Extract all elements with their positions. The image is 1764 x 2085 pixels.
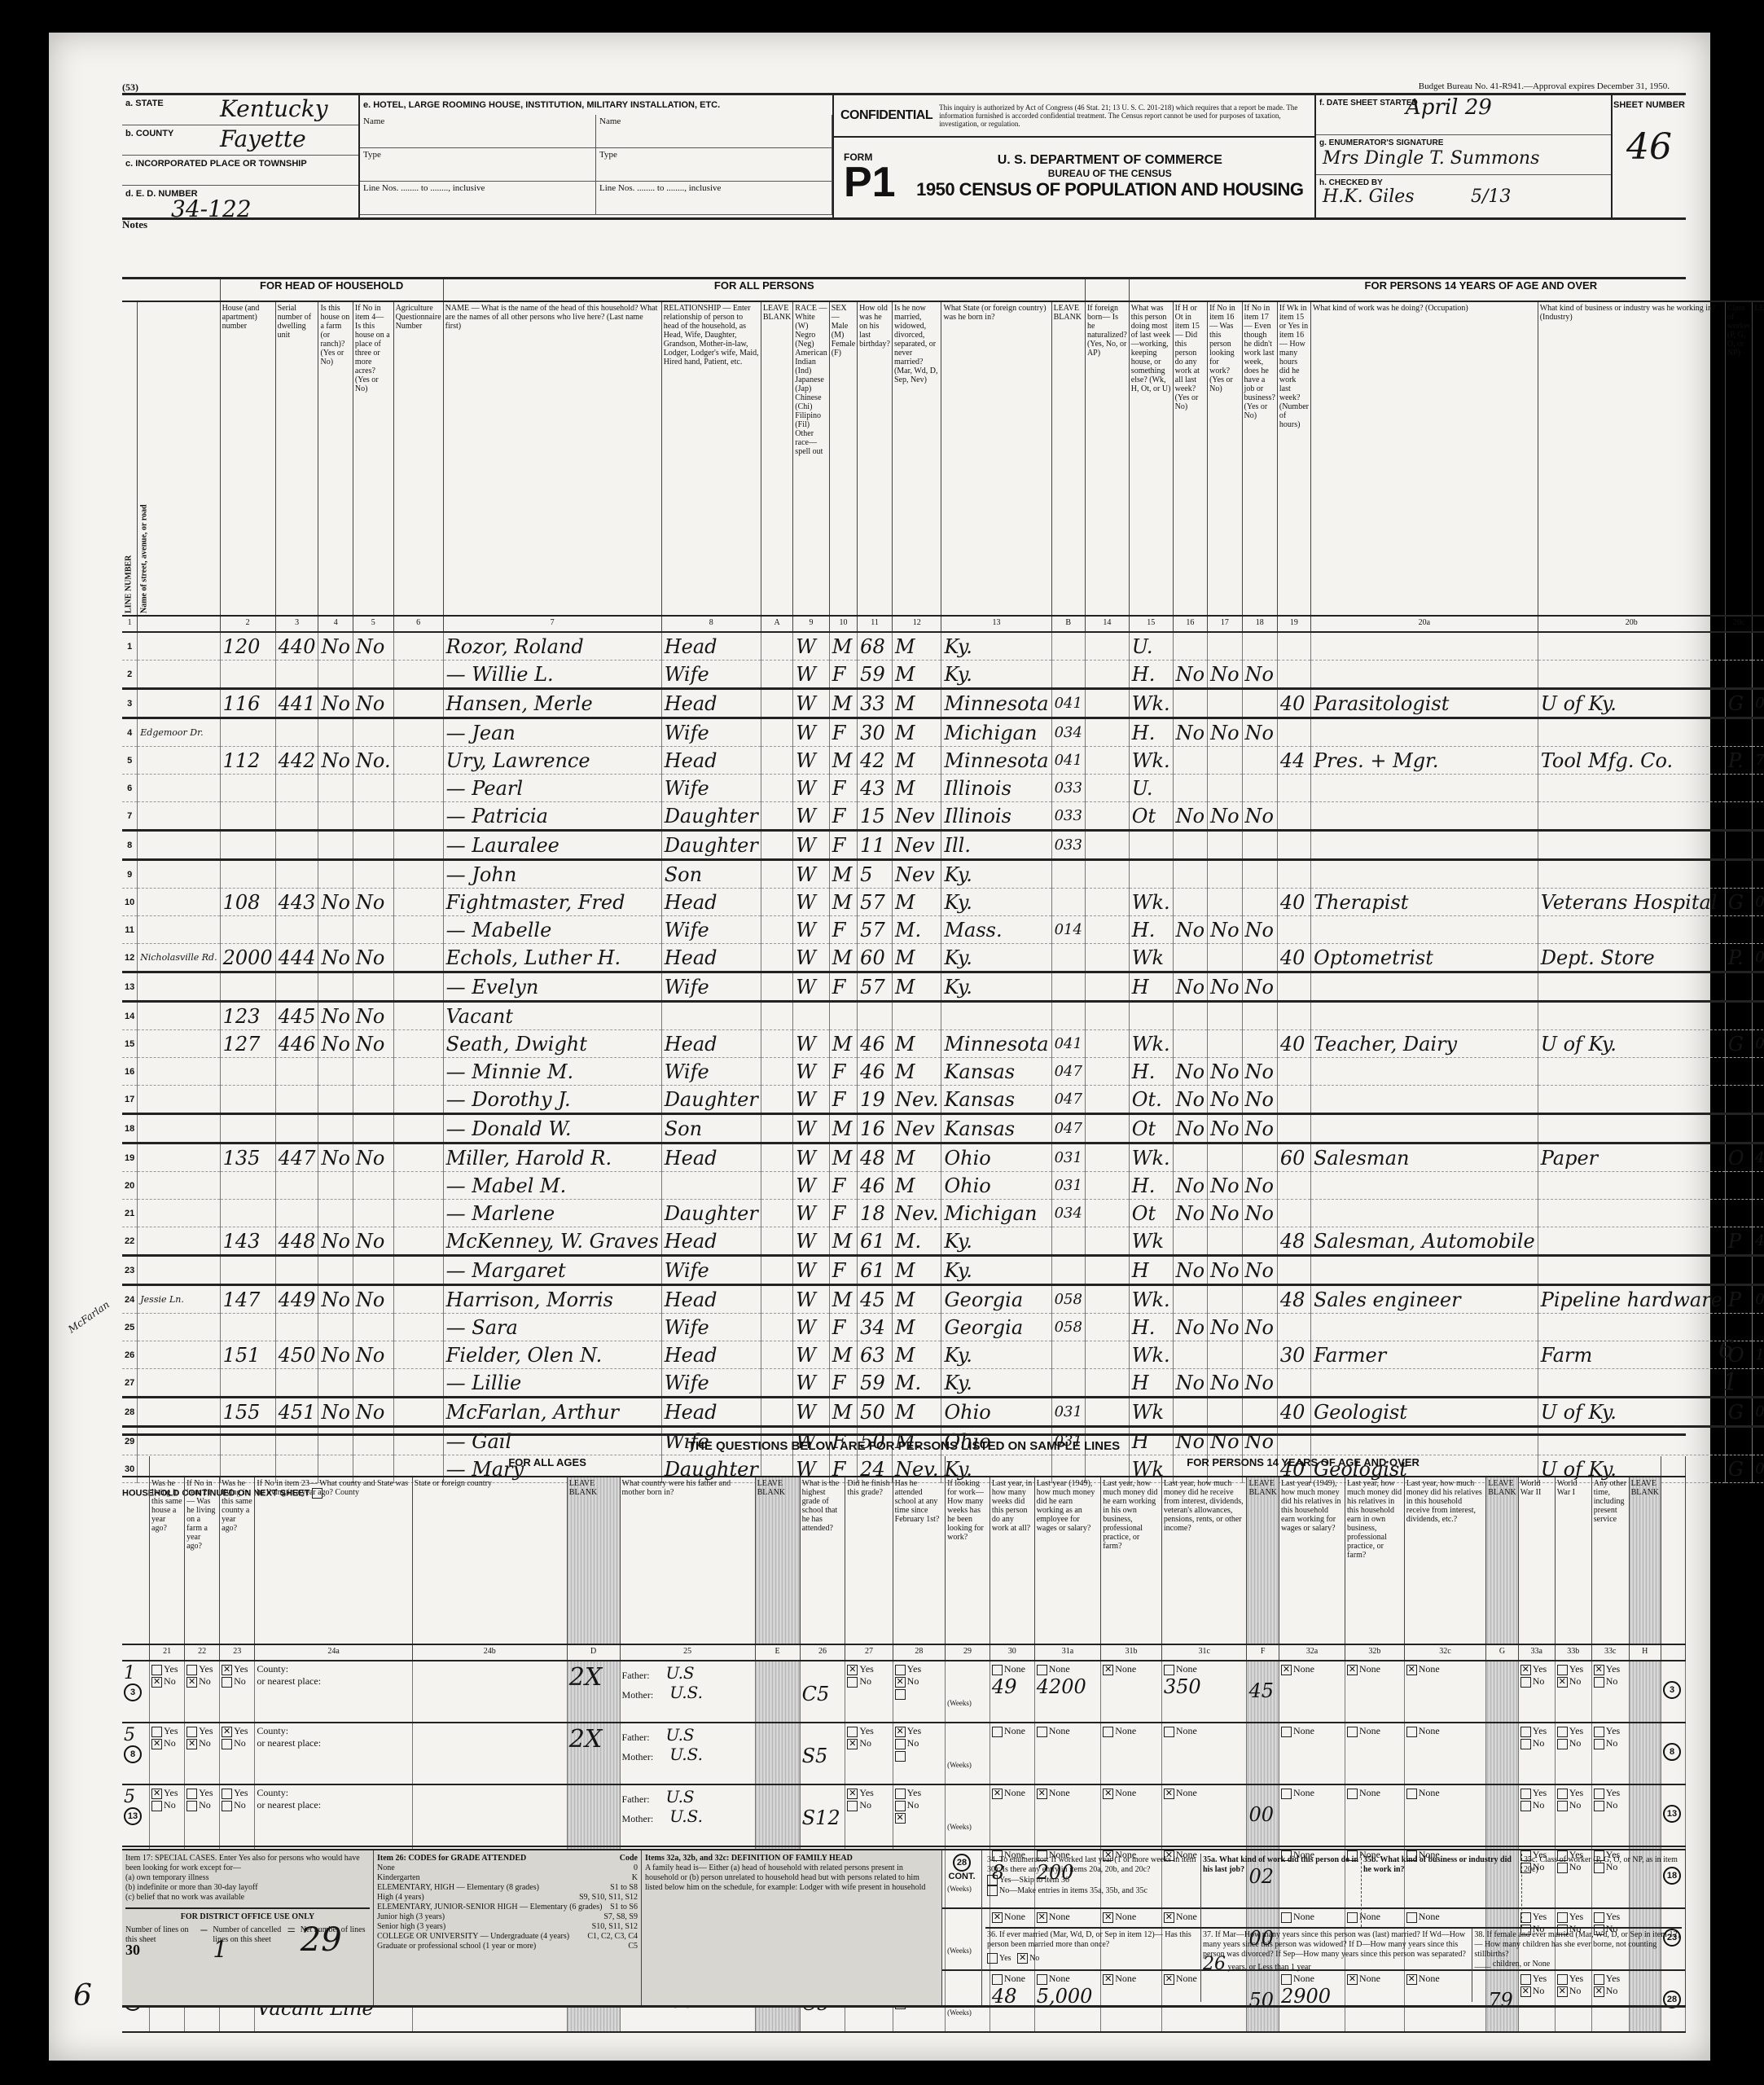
cell-dwelling: 440	[275, 632, 318, 661]
cell-q33b: YesNo	[1555, 1723, 1591, 1784]
checkbox-yes[interactable]	[895, 1665, 906, 1675]
none-checkbox[interactable]	[1406, 1727, 1417, 1737]
checkbox-yes[interactable]	[186, 1789, 197, 1799]
none-checkbox[interactable]	[1164, 1665, 1174, 1675]
cell-occ: Sales engineer	[1310, 1285, 1538, 1314]
cell-w16: No	[1173, 916, 1207, 944]
blank-cell	[761, 1285, 792, 1314]
cell-w16	[1173, 831, 1207, 860]
enumerator-signature: Mrs Dingle T. Summons	[1323, 148, 1539, 169]
checkbox-no[interactable]	[1594, 1801, 1604, 1811]
checkbox-no[interactable]: ✕	[186, 1677, 197, 1688]
cell-q32b: None	[1345, 1723, 1404, 1784]
cell-birth: Minnesota	[941, 747, 1051, 775]
grade-code-value: S10, S11, S12	[592, 1922, 638, 1932]
column-number: 6	[393, 616, 443, 632]
q35a-text: 35a. What kind of work did this person d…	[1201, 1854, 1362, 1927]
none-checkbox[interactable]: ✕	[1103, 1665, 1113, 1675]
blank-cell	[761, 747, 792, 775]
cell-w16	[1173, 1002, 1207, 1030]
cell-b	[1051, 972, 1085, 1002]
cell-nat	[1085, 1086, 1129, 1114]
cell-mar: M	[892, 1058, 941, 1086]
checkbox-yes[interactable]: ✕	[222, 1665, 232, 1675]
none-label: None	[1176, 1787, 1197, 1798]
none-checkbox[interactable]	[992, 1727, 1003, 1737]
table-row: 16— Minnie M.WifeWF46MKansas047H.NoNoNo1…	[122, 1058, 1764, 1086]
checkbox-no[interactable]	[186, 1801, 197, 1811]
cell-cls	[1725, 775, 1752, 802]
cell-acres	[353, 972, 393, 1002]
cell-w16	[1173, 1143, 1207, 1172]
checkbox-label: No	[164, 1737, 176, 1749]
checkbox-label: Yes	[1606, 1725, 1620, 1736]
column-number: 16	[1173, 616, 1207, 632]
cell-dwelling: 444	[275, 944, 318, 972]
checkbox-no[interactable]	[1557, 1739, 1568, 1749]
cell-w16: No	[1173, 1256, 1207, 1285]
sample-column-number: 32a	[1279, 1644, 1345, 1661]
none-checkbox[interactable]: ✕	[1037, 1789, 1047, 1799]
blank-cell	[761, 661, 792, 689]
none-checkbox[interactable]	[1347, 1727, 1358, 1737]
line-number: 20	[122, 1172, 138, 1200]
cell-q31b: ✕None	[1101, 1661, 1162, 1723]
cell-w18: No	[1242, 1369, 1277, 1398]
cell-race: W	[793, 689, 829, 718]
checkbox-yes[interactable]: ✕	[895, 1727, 906, 1737]
checkbox-label: No	[1606, 1799, 1618, 1811]
checkbox-no[interactable]: ✕	[895, 1677, 906, 1688]
cell-cls	[1725, 916, 1752, 944]
cell-dwelling	[275, 972, 318, 1002]
checkbox-no[interactable]: ✕	[186, 1739, 197, 1749]
column-header: Agriculture Questionnaire Number	[393, 301, 443, 616]
checkbox-yes[interactable]	[895, 1789, 906, 1799]
cell-rel: Son	[661, 860, 761, 889]
cell-occ: Pres. + Mgr.	[1310, 747, 1538, 775]
cell-w16: No	[1173, 718, 1207, 747]
checkbox-no[interactable]	[847, 1677, 858, 1688]
cell-act: H.	[1129, 718, 1173, 747]
checkbox-no[interactable]	[222, 1677, 232, 1688]
cell-name: — Patricia	[443, 802, 661, 831]
checkbox-yes[interactable]: ✕	[847, 1665, 858, 1675]
grade-code-value: C1, C2, C3, C4	[587, 1932, 638, 1942]
mother-label: Mother:	[622, 1813, 654, 1824]
cell-mar: M	[892, 1314, 941, 1341]
cell-birth: Ohio	[941, 1143, 1051, 1172]
none-checkbox[interactable]: ✕	[1164, 1789, 1174, 1799]
q34-yes-label: Yes—Skip to item 36	[999, 1876, 1069, 1885]
checkbox-no[interactable]: ✕	[1557, 1677, 1568, 1688]
checkbox-no[interactable]	[222, 1739, 232, 1749]
cell-w17	[1208, 889, 1242, 916]
sample-column-header: If looking for work— How many weeks has …	[946, 1477, 990, 1644]
none-checkbox[interactable]: ✕	[1347, 1665, 1358, 1675]
cell-b	[1051, 860, 1085, 889]
group-head-of-household: FOR HEAD OF HOUSEHOLD	[220, 279, 443, 301]
none-checkbox[interactable]	[1164, 1727, 1174, 1737]
cell-q23: ✕YesNo	[220, 1723, 255, 1784]
cell-dwelling: 445	[275, 1002, 318, 1030]
none-label: None	[1359, 1725, 1380, 1736]
cell-occ	[1310, 972, 1538, 1002]
cell-acres: No	[353, 1143, 393, 1172]
cell-q31c: None	[1161, 1723, 1247, 1784]
checkbox-yes[interactable]	[186, 1727, 197, 1737]
none-checkbox[interactable]	[1037, 1665, 1047, 1675]
blank-cell	[393, 1341, 443, 1369]
cell-sex: M	[829, 1114, 857, 1143]
sample-column-header: What country were his father and mother …	[620, 1477, 755, 1644]
q35b-text: 35b. What kind of business or industry d…	[1362, 1854, 1522, 1927]
cell-q33a: YesNo	[1518, 1784, 1555, 1846]
cell-street	[138, 972, 220, 1002]
cell-28: Yes✕No	[893, 1661, 946, 1723]
inst-type-1: Type	[360, 148, 595, 182]
cell-race: W	[793, 661, 829, 689]
cell-house	[220, 802, 275, 831]
line-number: 8	[122, 831, 138, 860]
cell-dwelling	[275, 661, 318, 689]
cell-nat	[1085, 1030, 1129, 1058]
cell-c: 097 869 2	[1753, 889, 1764, 916]
inst-type-2: Type	[596, 148, 832, 182]
cell-c: 063 888 2	[1753, 1455, 1764, 1483]
cell-w16: No	[1173, 1058, 1207, 1086]
cell-age: 61	[858, 1227, 893, 1256]
cell-street	[138, 1114, 220, 1143]
cell-street	[138, 860, 220, 889]
cell-street	[138, 1030, 220, 1058]
cell-acres	[353, 1114, 393, 1143]
cell-w16: No	[1173, 1369, 1207, 1398]
cell-30: None	[990, 1723, 1034, 1784]
cell-sex: M	[829, 1285, 857, 1314]
column-header: LEAVE BLANK	[1753, 301, 1764, 616]
sample-line-number: 8	[1663, 1743, 1681, 1761]
cell-w17: No	[1208, 661, 1242, 689]
cell-w18: No	[1242, 1172, 1277, 1200]
sheet-label: SHEET NUMBER	[1613, 95, 1686, 110]
none-label: None	[1419, 1663, 1440, 1675]
cell-hrs: 48	[1277, 1285, 1310, 1314]
cell-street: Jessie Ln.	[138, 1285, 220, 1314]
cell-rel: Daughter	[661, 1086, 761, 1114]
checkbox-no[interactable]	[895, 1801, 906, 1811]
cell-ind	[1538, 1058, 1725, 1086]
cell-w17	[1208, 689, 1242, 718]
column-header: If Wk in item 15 or Yes in item 16— How …	[1277, 301, 1310, 616]
cell-b: 041	[1051, 747, 1085, 775]
checkbox-yes[interactable]	[1520, 1727, 1531, 1737]
cell-cls	[1725, 661, 1752, 689]
cell-dwelling	[275, 1086, 318, 1114]
none-checkbox[interactable]: ✕	[992, 1789, 1003, 1799]
inst-lines-2: Line Nos. ........ to ........, inclusiv…	[596, 182, 832, 215]
checkbox-yes[interactable]	[1520, 1789, 1531, 1799]
cell-24a: County:or nearest place:	[255, 1784, 412, 1846]
column-header: What was this person doing most of last …	[1129, 301, 1173, 616]
cell-age: 16	[858, 1114, 893, 1143]
none-label: None	[1293, 1725, 1314, 1736]
cell-mar: M	[892, 1030, 941, 1058]
cell-hrs	[1277, 1314, 1310, 1341]
q34-yes-checkbox[interactable]	[987, 1875, 998, 1885]
cell-w17: No	[1208, 916, 1242, 944]
margin-tally: 1	[124, 1663, 135, 1683]
sample-line-number: 3	[1663, 1681, 1681, 1699]
cell-farm: No	[318, 632, 353, 661]
checkbox-no[interactable]	[1594, 1677, 1604, 1688]
cell-c	[1753, 1314, 1764, 1341]
cell-q21: Yes✕No	[150, 1661, 185, 1723]
q34-no-checkbox[interactable]	[987, 1885, 998, 1896]
checkbox-yes[interactable]	[1594, 1727, 1604, 1737]
checkbox-yes[interactable]: ✕	[1594, 1665, 1604, 1675]
code-label: Code	[620, 1854, 638, 1863]
grade-code-value: C5	[628, 1942, 638, 1951]
sample-column-header: Last year, how much money did his relati…	[1345, 1477, 1404, 1644]
line-number: 24	[122, 1285, 138, 1314]
cell-b: 041	[1051, 1030, 1085, 1058]
checkbox-yes[interactable]	[847, 1727, 858, 1737]
sample-line-cell: 58	[122, 1723, 150, 1784]
cell-c	[1753, 972, 1764, 1002]
checkbox-30-or-over[interactable]	[895, 1751, 906, 1762]
cell-sex: M	[829, 1341, 857, 1369]
table-row: 14123445NoNoVacant14	[122, 1002, 1764, 1030]
cell-house: 147	[220, 1285, 275, 1314]
checkbox-no[interactable]	[1557, 1801, 1568, 1811]
cell-ind: Pipeline hardware	[1538, 1285, 1725, 1314]
q36-no-checkbox[interactable]: ✕	[1017, 1953, 1028, 1964]
checkbox-yes[interactable]: ✕	[151, 1789, 162, 1799]
cell-occ	[1310, 916, 1538, 944]
cell-race: W	[793, 916, 829, 944]
checkbox-no[interactable]	[222, 1801, 232, 1811]
checkbox-no[interactable]	[847, 1801, 858, 1811]
cell-cls	[1725, 1427, 1752, 1455]
father-label: Father:	[622, 1670, 650, 1681]
none-label: None	[1293, 1787, 1314, 1798]
cell-c: 012 888 2	[1753, 1030, 1764, 1058]
cell-dwelling	[275, 775, 318, 802]
checkbox-label: Yes	[1569, 1725, 1583, 1736]
cell-occ	[1310, 1086, 1538, 1114]
cell-w16	[1173, 889, 1207, 916]
sample-column-number: 32c	[1404, 1644, 1486, 1661]
checkbox-30-or-over[interactable]: ✕	[895, 1813, 906, 1824]
none-checkbox[interactable]	[1347, 1789, 1358, 1799]
cell-rel: Head	[661, 889, 761, 916]
cell-acres	[353, 1172, 393, 1200]
checkbox-no[interactable]	[151, 1801, 162, 1811]
cell-ind	[1538, 1086, 1725, 1114]
cell-w17	[1208, 775, 1242, 802]
cell-act: H	[1129, 972, 1173, 1002]
cell-q23: ✕YesNo	[220, 1661, 255, 1723]
cell-birth: Ky.	[941, 944, 1051, 972]
cell-occ: Salesman	[1310, 1143, 1538, 1172]
none-label: None	[1115, 1787, 1136, 1798]
cell-race	[793, 1002, 829, 1030]
special-cases-title: Item 17: SPECIAL CASES. Enter Yes also f…	[125, 1854, 370, 1873]
blank-cell	[393, 889, 443, 916]
none-checkbox[interactable]	[1103, 1727, 1113, 1737]
title-block: CONFIDENTIALThis inquiry is authorized b…	[834, 95, 1316, 217]
cell-name: Harrison, Morris	[443, 1285, 661, 1314]
cell-farm	[318, 1200, 353, 1227]
sample-column-number: 33c	[1591, 1644, 1629, 1661]
cell-w18	[1242, 632, 1277, 661]
checkbox-no[interactable]	[1520, 1739, 1531, 1749]
cell-act: H	[1129, 1256, 1173, 1285]
line-number: 11	[122, 916, 138, 944]
cell-cls: P	[1725, 1285, 1752, 1314]
checked-date: 5/13	[1471, 187, 1511, 207]
cell-sex: F	[829, 831, 857, 860]
blank-cell	[761, 1314, 792, 1341]
cell-ind	[1538, 1200, 1725, 1227]
checkbox-yes[interactable]	[1557, 1789, 1568, 1799]
checkbox-no[interactable]	[1594, 1739, 1604, 1749]
cell-dwelling: 447	[275, 1143, 318, 1172]
cell-w16: No	[1173, 1114, 1207, 1143]
form-id: P1	[844, 163, 896, 202]
line-number: 1	[122, 632, 138, 661]
checkbox-yes[interactable]: ✕	[847, 1789, 858, 1799]
checkbox-label: Yes	[1606, 1787, 1620, 1798]
cell-w18: No	[1242, 972, 1277, 1002]
cell-w17	[1208, 944, 1242, 972]
checkbox-label: Yes	[234, 1787, 248, 1798]
none-checkbox[interactable]: ✕	[1406, 1665, 1417, 1675]
checkbox-label: Yes	[1569, 1787, 1583, 1798]
cell-house	[220, 718, 275, 747]
none-checkbox[interactable]	[1037, 1727, 1047, 1737]
checkbox-no[interactable]	[1520, 1677, 1531, 1688]
table-row: 19135447NoNoMiller, Harold R.HeadWM48MOh…	[122, 1143, 1764, 1172]
cell-c: 490 698 3	[1753, 1143, 1764, 1172]
blank-cell	[393, 916, 443, 944]
checkbox-yes[interactable]: ✕	[222, 1727, 232, 1737]
cell-c	[1753, 718, 1764, 747]
sample-column-header: LEAVE BLANK	[1629, 1477, 1661, 1644]
checkbox-yes[interactable]: ✕	[1520, 1665, 1531, 1675]
cell-27: ✕YesNo	[845, 1784, 893, 1846]
leave-blank-d-value: 2X	[569, 1663, 618, 1692]
none-checkbox[interactable]	[1406, 1789, 1417, 1799]
cell-age: 48	[858, 1143, 893, 1172]
cell-occ	[1310, 775, 1538, 802]
checkbox-30-or-over[interactable]	[895, 1689, 906, 1700]
grade-code-value: S1 to S8	[610, 1883, 638, 1893]
checkbox-no[interactable]	[1520, 1801, 1531, 1811]
father-label: Father:	[622, 1732, 650, 1743]
cell-street	[138, 1200, 220, 1227]
cell-birth: Michigan	[941, 1200, 1051, 1227]
checkbox-no[interactable]	[895, 1739, 906, 1749]
cell-ind	[1538, 916, 1725, 944]
cell-mar: M.	[892, 916, 941, 944]
cell-sex: F	[829, 1256, 857, 1285]
cell-f: 45	[1247, 1661, 1279, 1723]
cell-24a: County:or nearest place:	[255, 1723, 412, 1784]
grade-code-value: S9, S10, S11, S12	[579, 1893, 638, 1903]
cell-name: — Lauralee	[443, 831, 661, 860]
checkbox-no[interactable]: ✕	[847, 1739, 858, 1749]
none-checkbox[interactable]	[1281, 1789, 1292, 1799]
cell-farm	[318, 802, 353, 831]
q37-text: 37. If Mar—How many years since this per…	[1203, 1930, 1470, 1960]
checkbox-yes[interactable]	[151, 1665, 162, 1675]
column-header: Is this house on a farm (or ranch)? (Yes…	[318, 301, 353, 616]
checkbox-label: No	[1606, 1675, 1618, 1687]
sample-column-number: 27	[845, 1644, 893, 1661]
checkbox-yes[interactable]	[222, 1789, 232, 1799]
cell-house	[220, 1114, 275, 1143]
cell-occ	[1310, 632, 1538, 661]
cell-farm: No	[318, 1002, 353, 1030]
cell-w17: No	[1208, 1256, 1242, 1285]
cell-dwelling	[275, 1314, 318, 1341]
cell-name: Rozor, Roland	[443, 632, 661, 661]
grade-code-row: ELEMENTARY, JUNIOR-SENIOR HIGH — Element…	[377, 1903, 638, 1912]
checkbox-yes[interactable]	[1594, 1789, 1604, 1799]
sample-column-header: LEAVE BLANK	[1486, 1477, 1518, 1644]
cell-rel: Wife	[661, 661, 761, 689]
column-number: 15	[1129, 616, 1173, 632]
cell-q31c: None350	[1161, 1661, 1247, 1723]
checkbox-no[interactable]: ✕	[151, 1739, 162, 1749]
cell-b	[1051, 1341, 1085, 1369]
cell-w17	[1208, 1341, 1242, 1369]
cell-house: 120	[220, 632, 275, 661]
cell-name: — Marlene	[443, 1200, 661, 1227]
checkbox-yes[interactable]	[1557, 1727, 1568, 1737]
none-checkbox[interactable]	[992, 1665, 1003, 1675]
cell-farm: No	[318, 1030, 353, 1058]
none-checkbox[interactable]: ✕	[1103, 1789, 1113, 1799]
inst-lines-1: Line Nos. ........ to ........, inclusiv…	[360, 182, 595, 215]
cell-street	[138, 689, 220, 718]
cell-cls	[1725, 1172, 1752, 1200]
checkbox-yes[interactable]	[186, 1665, 197, 1675]
cell-street	[138, 1058, 220, 1086]
cell-dwelling	[275, 860, 318, 889]
cell-occ	[1310, 1200, 1538, 1227]
county-label: County:	[257, 1663, 410, 1675]
cell-occ	[1310, 1314, 1538, 1341]
cell-ind	[1538, 1002, 1725, 1030]
none-checkbox[interactable]: ✕	[1281, 1665, 1292, 1675]
sample-line-row: 3116441NoNoHansen, MerleHeadWM33MMinneso…	[122, 689, 1764, 718]
checkbox-no[interactable]: ✕	[151, 1677, 162, 1688]
cell-birth: Ky.	[941, 1227, 1051, 1256]
checkbox-yes[interactable]	[151, 1727, 162, 1737]
blank-cell	[393, 632, 443, 661]
grade-code-label: Graduate or professional school (1 year …	[377, 1942, 536, 1951]
line-number: 9	[122, 860, 138, 889]
q36-yes-checkbox[interactable]	[987, 1953, 998, 1964]
cell-q33c: YesNo	[1591, 1723, 1629, 1784]
none-checkbox[interactable]	[1281, 1727, 1292, 1737]
checkbox-label: Yes	[1533, 1663, 1547, 1675]
checkbox-yes[interactable]	[1557, 1665, 1568, 1675]
cell-cls: G	[1725, 1398, 1752, 1427]
